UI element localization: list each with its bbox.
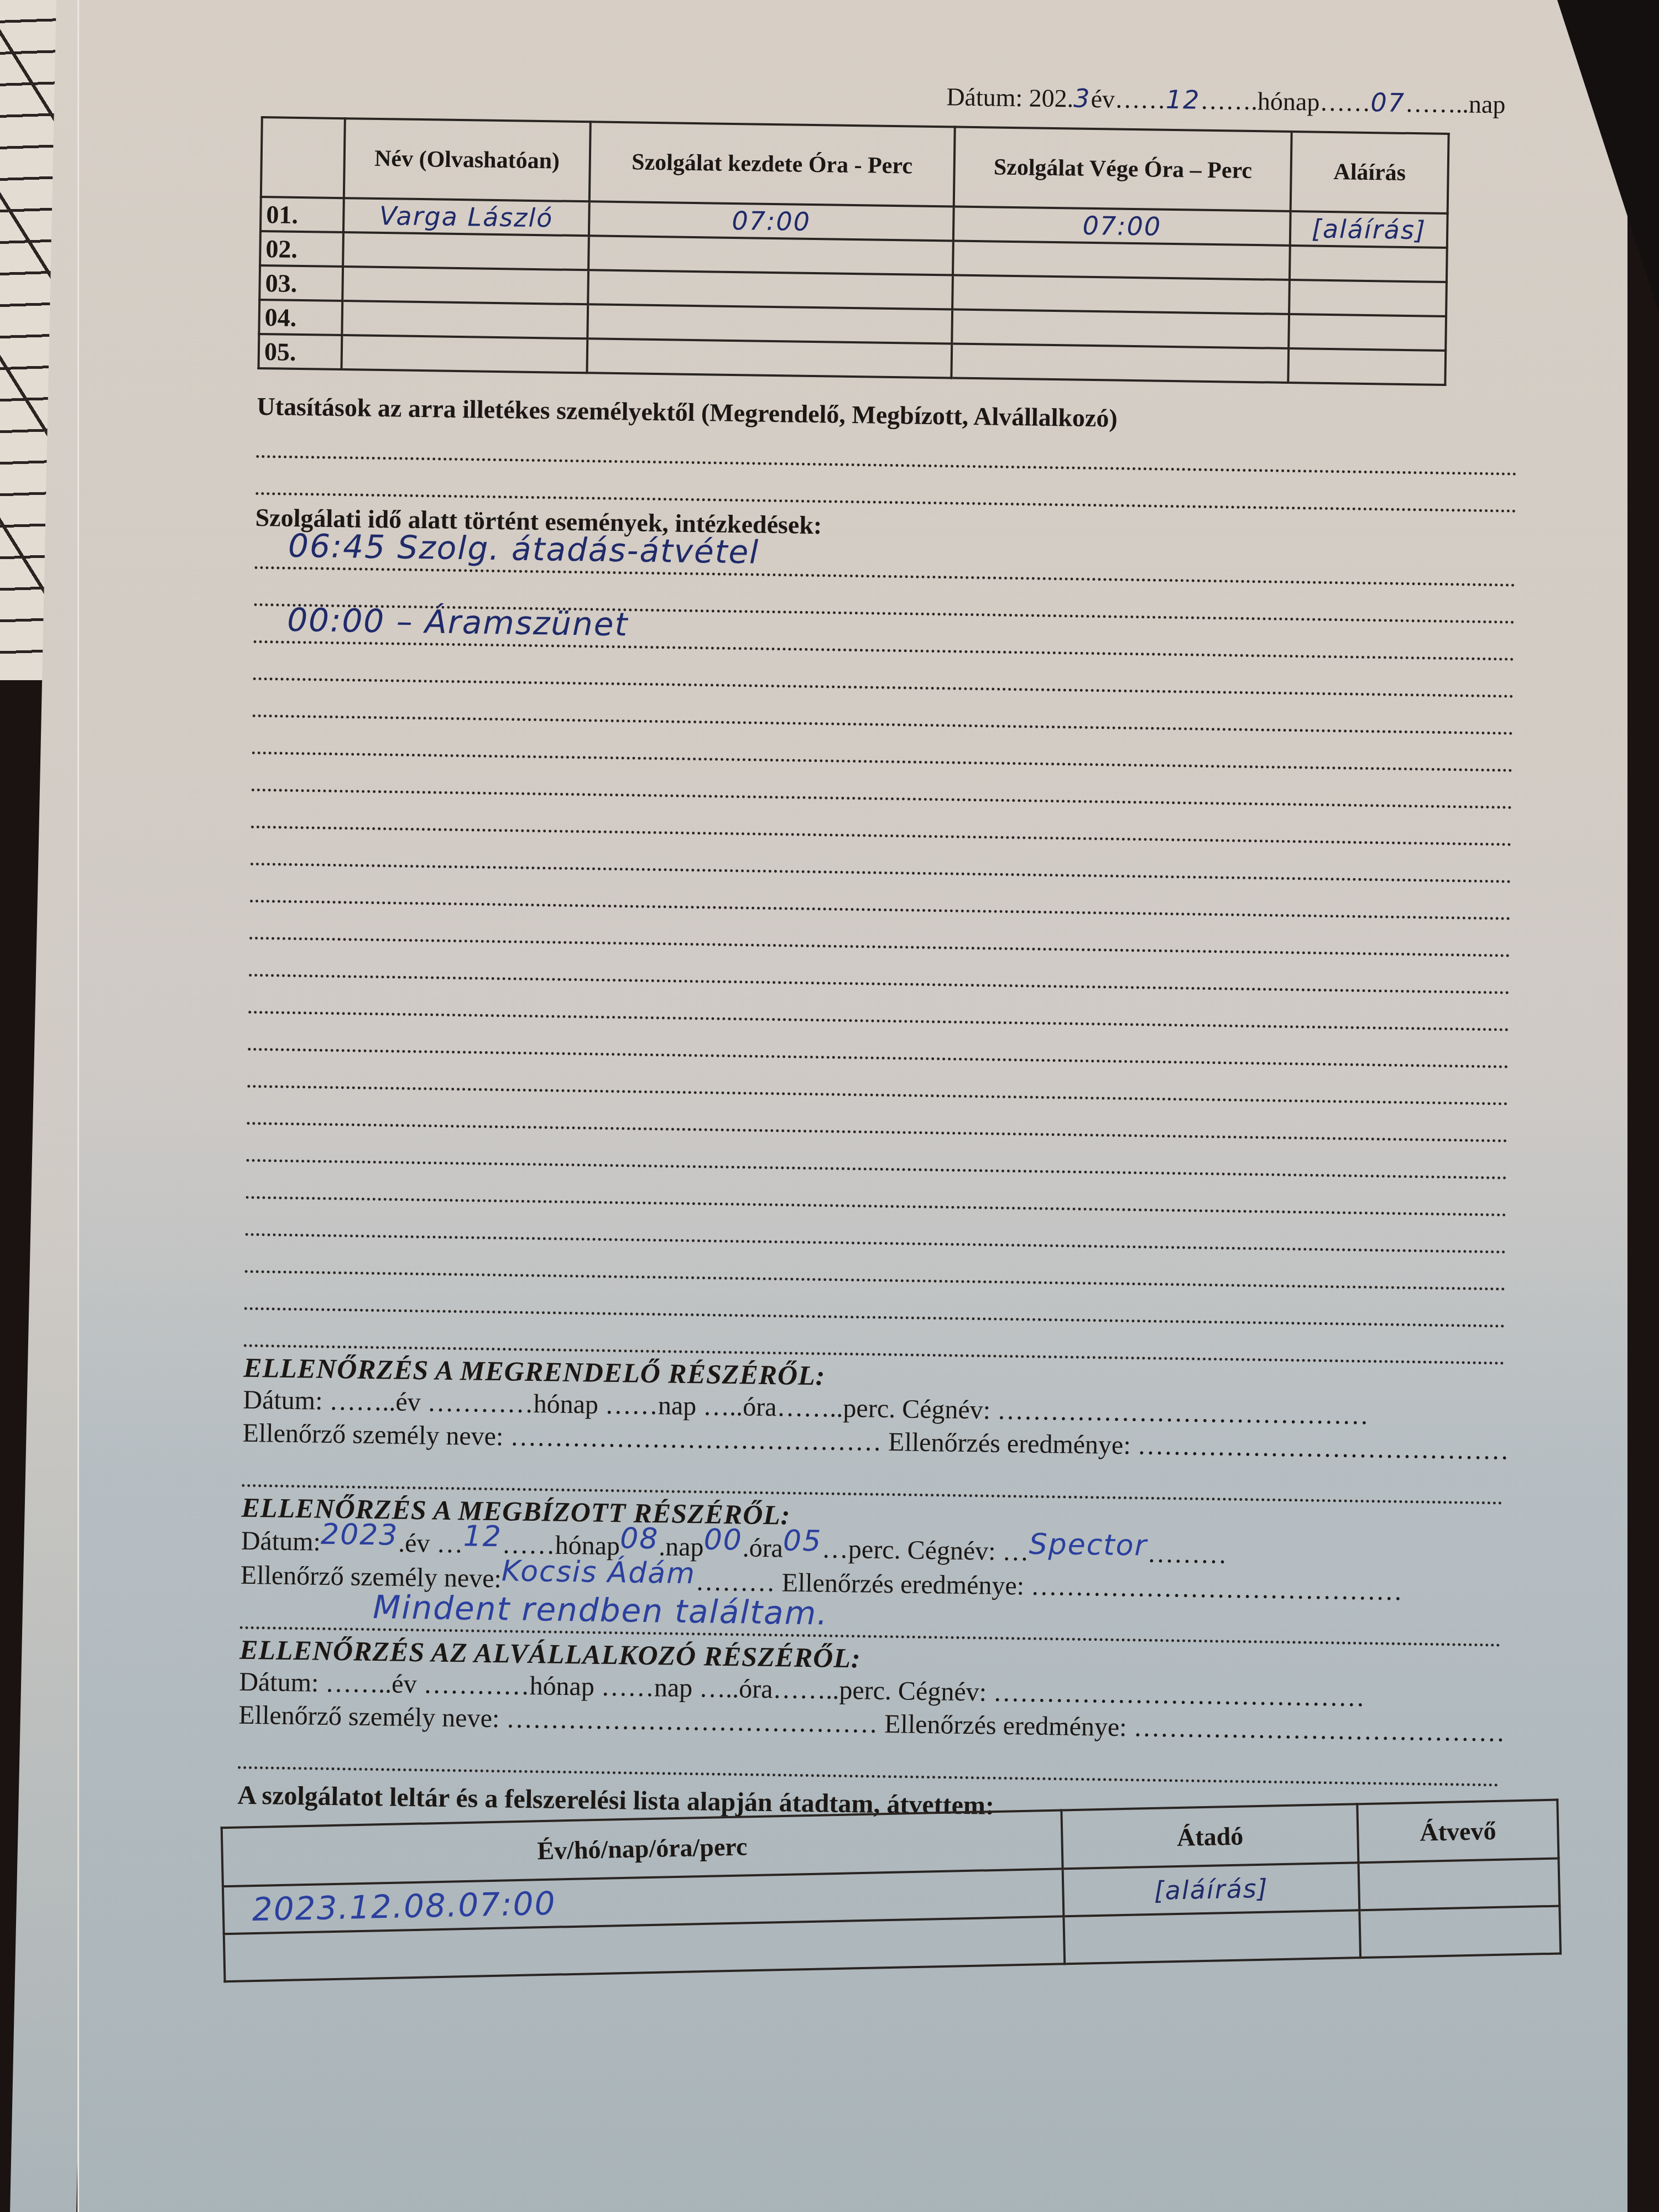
inspector-label: Ellenőrző személy neve: (238, 1700, 499, 1734)
name-cell[interactable] (342, 301, 587, 338)
name-cell[interactable] (343, 232, 588, 270)
start-cell[interactable] (587, 338, 952, 378)
handover-table: Év/hó/nap/óra/perc Átadó Átvevő 2023.12.… (221, 1799, 1562, 1983)
date-month[interactable]: 12 (1166, 85, 1201, 115)
minute-label: perc. (839, 1676, 891, 1705)
agent-day[interactable]: 08 (620, 1522, 659, 1556)
giver-signature-cell[interactable]: [aláírás] (1063, 1863, 1360, 1916)
hour-label: óra (739, 1674, 773, 1704)
start-cell[interactable] (588, 236, 953, 275)
check-subcontractor-section: ELLENŐRZÉS AZ ALVÁLLALKOZÓ RÉSZÉRŐL: Dát… (238, 1634, 1500, 1787)
day-label: nap (654, 1673, 693, 1703)
signature-cell[interactable] (1289, 314, 1447, 351)
end-cell[interactable] (952, 343, 1289, 382)
event-entry: 06:45 Szolg. átadás-átvétel (288, 527, 760, 571)
year-label: év (392, 1670, 417, 1699)
inspector-label: Ellenőrző személy neve: (241, 1561, 502, 1594)
company-label: Cégnév: (902, 1394, 991, 1425)
date-prefix: Dátum: 202. (946, 82, 1074, 112)
end-cell[interactable] (952, 309, 1289, 348)
row-number: 01. (260, 197, 344, 232)
col-receiver: Átvevő (1358, 1800, 1559, 1863)
end-cell[interactable]: 07:00 (953, 207, 1291, 246)
month-label: hónap (533, 1389, 598, 1420)
result-label: Ellenőrzés eredménye: (888, 1427, 1131, 1460)
hour-label: óra (749, 1533, 783, 1563)
minute-label: perc. (843, 1394, 895, 1423)
day-label: nap (658, 1391, 697, 1421)
row-number: 04. (259, 300, 342, 335)
event-entry: 00:00 – Áramszünet (287, 601, 629, 644)
agent-minute[interactable]: 05 (783, 1524, 822, 1558)
hour-label: óra (743, 1392, 777, 1422)
col-giver: Átadó (1062, 1804, 1359, 1869)
giver-signature-cell[interactable] (1064, 1910, 1361, 1964)
result-label: Ellenőrzés eredménye: (884, 1709, 1127, 1742)
receiver-signature-cell[interactable] (1360, 1906, 1561, 1958)
agent-month[interactable]: 12 (463, 1520, 502, 1553)
name-cell[interactable] (342, 335, 587, 373)
company-label: Cégnév: (907, 1536, 996, 1566)
year-label: év (395, 1387, 421, 1417)
receiver-signature-cell[interactable] (1359, 1859, 1559, 1911)
year-label: év (405, 1528, 430, 1558)
date-label: Dátum: (239, 1667, 319, 1698)
col-signature: Aláírás (1291, 132, 1449, 213)
date-day[interactable]: 07 (1370, 87, 1405, 118)
date-day-label: ……..nap (1405, 89, 1506, 119)
agent-result: Mindent rendben találtam. (373, 1588, 828, 1632)
row-number: 03. (259, 265, 343, 301)
check-agent-section: ELLENŐRZÉS A MEGBÍZOTT RÉSZÉRŐL: Dátum:2… (240, 1491, 1503, 1647)
date-year-digit[interactable]: 3 (1073, 84, 1091, 113)
form-paper: Dátum: 202.3év……12…….hónap……07……..nap Né… (77, 0, 1627, 2212)
date-label: Dátum: (243, 1385, 323, 1416)
minute-label: perc. (848, 1535, 901, 1564)
name-cell[interactable]: Varga László (343, 198, 589, 236)
form-content: Dátum: 202.3év……12…….hónap……07……..nap Né… (235, 72, 1522, 2000)
col-name: Név (Olvashatóan) (344, 118, 591, 201)
agent-company[interactable]: Spector (1029, 1528, 1147, 1563)
date-year-label: év…… (1091, 85, 1166, 114)
date-month-label: …….hónap…… (1200, 86, 1371, 117)
company-label: Cégnév: (898, 1676, 987, 1707)
col-number (261, 117, 345, 198)
agent-hour[interactable]: 00 (703, 1523, 743, 1557)
agent-year[interactable]: 2023 (321, 1518, 399, 1552)
shift-table: Név (Olvashatóan) Szolgálat kezdete Óra … (257, 116, 1449, 386)
start-cell[interactable]: 07:00 (588, 201, 953, 241)
end-cell[interactable] (952, 275, 1290, 314)
inspector-label: Ellenőrző személy neve: (242, 1418, 503, 1452)
start-cell[interactable] (587, 304, 952, 343)
signature-cell[interactable]: [aláírás] (1290, 211, 1448, 248)
start-cell[interactable] (588, 270, 953, 309)
row-number: 02. (260, 231, 343, 267)
signature-cell[interactable] (1289, 280, 1447, 316)
signature-cell[interactable] (1290, 246, 1447, 282)
agent-inspector[interactable]: Kocsis Ádám (502, 1554, 696, 1590)
month-label: hónap (529, 1671, 594, 1702)
signature-cell[interactable] (1288, 348, 1446, 385)
date-label: Dátum: (241, 1526, 321, 1557)
row-number: 05. (259, 334, 342, 369)
name-cell[interactable] (342, 267, 588, 304)
col-end: Szolgálat Vége Óra – Perc (954, 127, 1292, 211)
end-cell[interactable] (953, 241, 1290, 279)
check-client-section: ELLENŐRZÉS A MEGRENDELŐ RÉSZÉRŐL: Dátum:… (242, 1352, 1504, 1505)
col-start: Szolgálat kezdete Óra - Perc (589, 122, 955, 206)
